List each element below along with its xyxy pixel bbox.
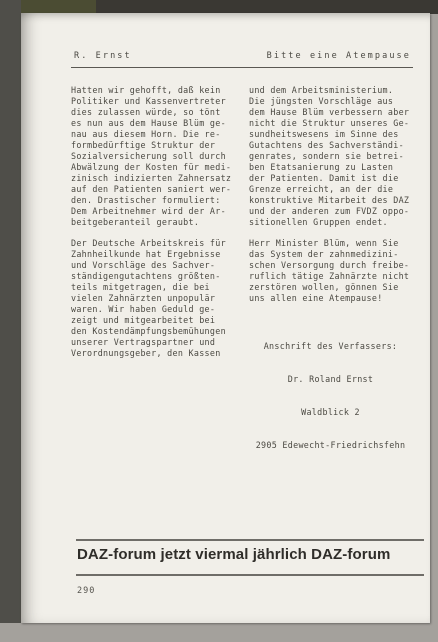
address-label: Anschrift des Verfassers: bbox=[249, 341, 412, 352]
article-body: Hatten wir gehofft, daß kein Politiker u… bbox=[71, 85, 412, 473]
right-column: und dem Arbeitsministerium. Die jüngsten… bbox=[249, 85, 412, 473]
header-article-title: Bitte eine Atempause bbox=[267, 51, 411, 61]
header-divider bbox=[71, 67, 413, 68]
scanned-page-view: R. Ernst Bitte eine Atempause Hatten wir… bbox=[0, 0, 438, 642]
journal-page: R. Ernst Bitte eine Atempause Hatten wir… bbox=[21, 13, 430, 623]
paragraph-appeal: Herr Minister Blüm, wenn Sie das System … bbox=[249, 238, 412, 304]
scan-edge-left bbox=[0, 0, 21, 623]
address-city: 2905 Edewecht-Friedrichsfehn bbox=[249, 440, 412, 451]
banner-divider-top bbox=[76, 539, 424, 541]
header-author: R. Ernst bbox=[74, 51, 132, 61]
banner-divider-bottom bbox=[76, 574, 424, 576]
address-street: Waldblick 2 bbox=[249, 407, 412, 418]
paragraph-daz-arbeitskreis: Der Deutsche Arbeitskreis für Zahnheilku… bbox=[71, 238, 234, 359]
paragraph-continuation: und dem Arbeitsministerium. Die jüngsten… bbox=[249, 85, 412, 228]
paragraph-intro: Hatten wir gehofft, daß kein Politiker u… bbox=[71, 85, 234, 228]
address-name: Dr. Roland Ernst bbox=[249, 374, 412, 385]
page-number: 290 bbox=[77, 586, 95, 596]
author-address-block: Anschrift des Verfassers: Dr. Roland Ern… bbox=[249, 319, 412, 473]
left-column: Hatten wir gehofft, daß kein Politiker u… bbox=[71, 85, 234, 473]
page-header: R. Ernst Bitte eine Atempause bbox=[74, 51, 411, 61]
daz-forum-banner: DAZ-forum jetzt viermal jährlich DAZ-for… bbox=[77, 546, 429, 563]
